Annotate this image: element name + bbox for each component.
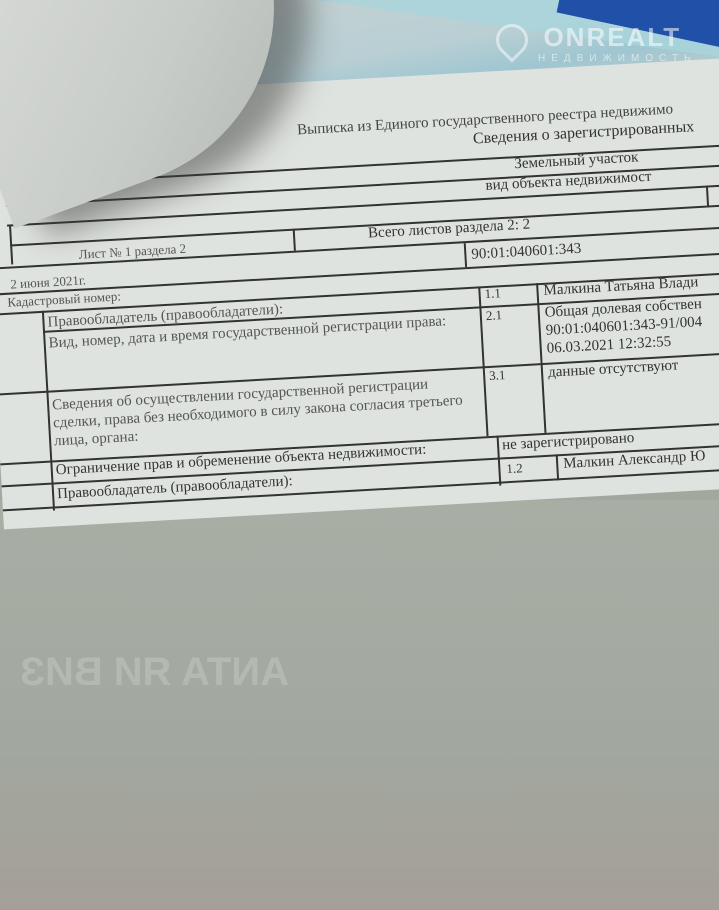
watermark: ONREALT НЕДВИЖИМОСТЬ	[498, 22, 697, 64]
row-number: 1.2	[506, 460, 523, 477]
row-label-transaction: Сведения об осуществлении государственно…	[52, 373, 479, 451]
row-number: 1.1	[484, 285, 501, 302]
rule	[497, 436, 502, 486]
rule	[706, 186, 709, 206]
watermark-logo: ONREALT	[528, 22, 697, 53]
rule	[10, 201, 719, 246]
paper-lower-area: ANTA ЯИ ВИЗ	[0, 500, 719, 910]
faint-watermark: ANTA ЯИ ВИЗ	[20, 650, 289, 695]
rule	[293, 229, 296, 251]
rule	[556, 454, 559, 480]
cadastral-number: 90:01:040601:343	[471, 241, 582, 264]
row-number: 2.1	[485, 307, 502, 324]
rule	[464, 243, 467, 267]
row-number: 3.1	[489, 367, 506, 384]
